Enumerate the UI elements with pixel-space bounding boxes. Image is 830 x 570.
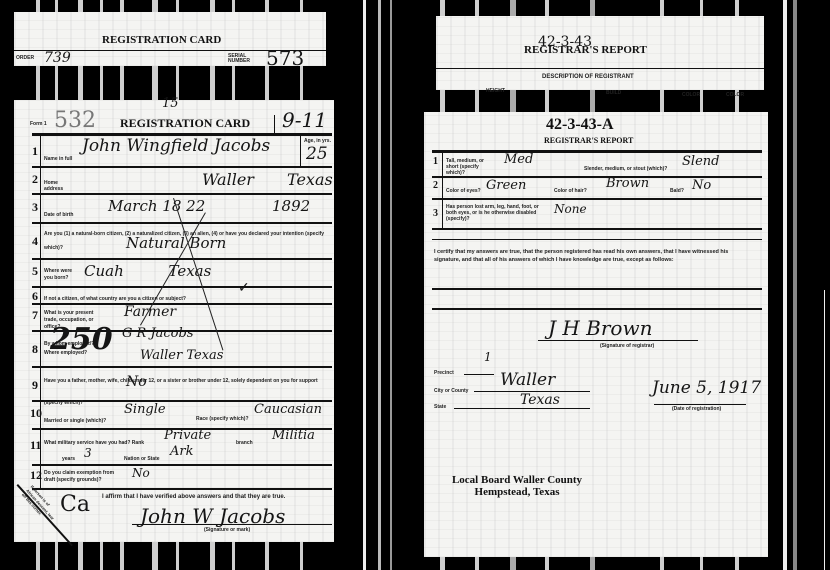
margin-stamp: 250 [50, 322, 113, 357]
eyes-label: Color of eyes? [446, 188, 481, 194]
serial-number: 573 [266, 46, 304, 70]
employer-value: G R Jacobs [122, 326, 194, 341]
height-value: Med [504, 152, 533, 167]
branch-label: branch [236, 440, 253, 446]
description-subtitle: DESCRIPTION OF REGISTRANT [542, 74, 634, 80]
birthplace-label: Where were you born? [44, 268, 78, 282]
report-number: 42-3-43-A [546, 116, 614, 134]
years-label: years [62, 456, 75, 462]
order-label: ORDER [16, 55, 34, 61]
top-strip-title: REGISTRATION CARD [102, 34, 221, 46]
certification-text: I certify that my answers are true, that… [434, 248, 754, 264]
country-label: If not a citizen, of what country are yo… [44, 296, 186, 302]
col-color-hair: COLOR [726, 92, 744, 98]
marital-label: Married or single (which)? [44, 418, 106, 424]
stamp-line-1: Local Board Waller County [442, 474, 592, 486]
registrar-signature: J H Brown [548, 316, 652, 340]
name-label: Name in full [44, 156, 72, 162]
city-value: Waller [500, 370, 555, 390]
left-card: 15 Form 1 532 REGISTRATION CARD 9-11 1 N… [14, 100, 334, 542]
rank-value: Private [164, 428, 211, 443]
military-label: What military service have you had? Rank [44, 440, 144, 446]
disabled-label: Has person lost arm, leg, hand, foot, or… [446, 204, 546, 222]
corner-note: Ca [60, 492, 90, 517]
exemption-label: Do you claim exemption from draft (speci… [44, 470, 124, 484]
country-value: ✓ [238, 280, 250, 296]
address-label: Home address [44, 180, 66, 192]
hair-value: Brown [606, 176, 649, 191]
serial-label: SERIAL NUMBER [228, 54, 254, 64]
race-label: Race (specify which)? [196, 416, 249, 422]
city-label: City or County [434, 388, 468, 394]
affirmation-text: I affirm that I have verified above answ… [102, 494, 285, 500]
branch-value: Militia [272, 428, 315, 443]
disabled-value: None [554, 202, 587, 216]
marital-value: Single [124, 402, 166, 417]
citizen-value: Natural Born [126, 234, 226, 252]
name-value: John Wingfield Jacobs [82, 136, 270, 156]
local-board-stamp: Local Board Waller County Hempstead, Tex… [442, 474, 592, 498]
eyes-value: Green [486, 178, 526, 193]
above-number: 15 [162, 96, 179, 111]
right-card-top-strip: REGISTRAR'S REPORT 42-3-43 DESCRIPTION O… [436, 16, 764, 90]
form-number: 532 [54, 108, 96, 133]
col-build: BUILD [606, 90, 621, 96]
bald-value: No [692, 178, 711, 193]
right-card: 42-3-43-A REGISTRAR'S REPORT 1 Tall, med… [424, 112, 768, 557]
address-value: Waller Texas [202, 170, 333, 189]
date-caption: (Date of registration) [672, 406, 721, 412]
birthplace-value: Cuah Texas [84, 262, 211, 280]
overwritten-number: 42-3-43 [538, 34, 592, 50]
height-label: Tall, medium, or short (specify which)? [446, 158, 494, 176]
dependent-value: No [126, 374, 147, 390]
col-height: HEIGHT [486, 88, 505, 94]
form-label: Form 1 [30, 121, 47, 127]
birth-value: March 18 22 [108, 197, 205, 215]
birth-label: Date of birth [44, 212, 73, 218]
employer-place: Waller Texas [140, 348, 223, 363]
state-label: State [434, 404, 446, 410]
age-value: 25 [306, 144, 328, 164]
hair-label: Color of hair? [554, 188, 587, 194]
report-title: REGISTRAR'S REPORT [544, 136, 633, 145]
build-label: Slender, medium, or stout (which)? [584, 166, 667, 172]
card-title: REGISTRATION CARD [120, 116, 250, 131]
left-card-top-strip: REGISTRATION CARD ORDER 739 SERIAL NUMBE… [14, 12, 326, 66]
corner-tear-text: If person is of African descent, tear of… [20, 484, 60, 526]
build-value: Slend [682, 154, 719, 169]
birth-year: 1892 [272, 197, 310, 215]
race-value: Caucasian [254, 402, 322, 417]
precinct-value: 1 [484, 350, 492, 364]
registrar-caption: (Signature of registrar) [600, 343, 654, 349]
card-number: 9-11 [282, 108, 327, 132]
stamp-line-2: Hempstead, Texas [442, 486, 592, 498]
signature-caption: (Signature or mark) [204, 527, 250, 533]
col-color-eyes: COLOR [682, 92, 700, 98]
precinct-label: Precinct [434, 370, 454, 376]
registration-date: June 5, 1917 [652, 378, 761, 398]
state-value: Texas [520, 392, 560, 408]
years-value: 3 [84, 446, 92, 460]
order-number: 739 [44, 50, 71, 66]
bald-label: Bald? [670, 188, 684, 194]
nation-value: Ark [170, 444, 193, 459]
nation-label: Nation or State [124, 456, 160, 462]
exemption-value: No [132, 466, 150, 480]
